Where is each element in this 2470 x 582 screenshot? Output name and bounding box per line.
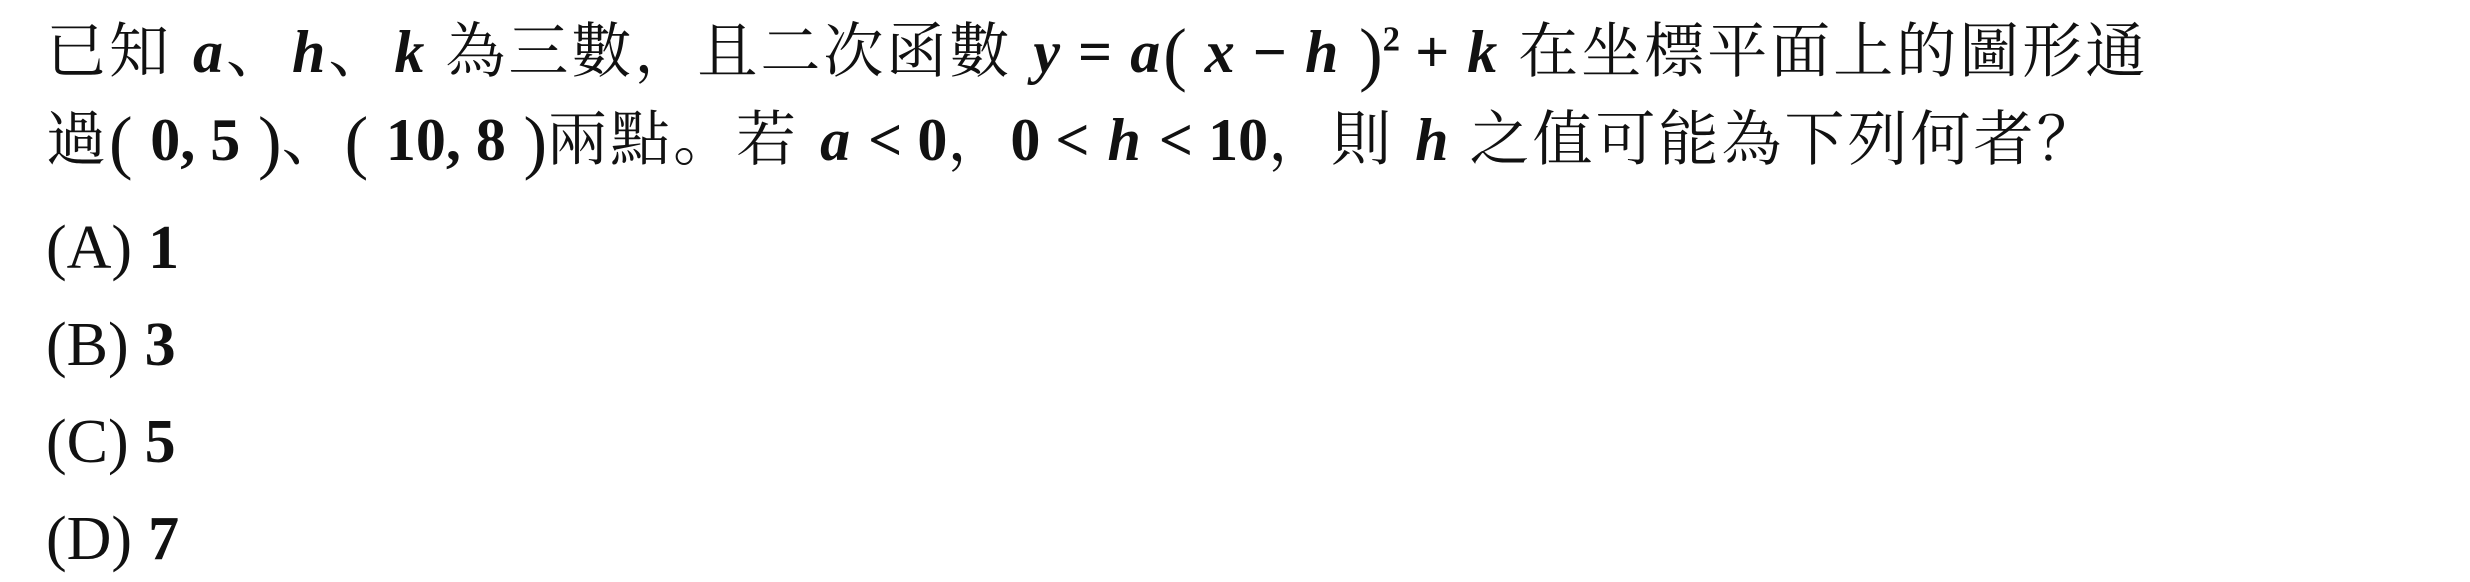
text-segment-mb: < [853, 107, 917, 173]
text-segment-cn: 兩點。若 [547, 107, 817, 173]
text-segment-paren: ) [1341, 16, 1382, 94]
option-b: (B) 3 [46, 297, 2430, 394]
text-segment-paren: ( [345, 104, 386, 182]
text-segment-mi: k [391, 19, 427, 85]
option-d-value: 7 [148, 504, 179, 575]
text-segment-cn: 、 [226, 19, 289, 85]
option-a-value: 1 [148, 213, 179, 284]
text-segment-num: 10, 8 [386, 107, 506, 173]
text-segment-mb: < [1144, 107, 1208, 173]
text-segment-sup: 2 [1383, 19, 1400, 58]
text-segment-cn: 過 [46, 107, 109, 173]
text-segment-num: 0, 5 [150, 107, 240, 173]
text-segment-paren: ( [109, 104, 150, 182]
options-list: (A) 1 (B) 3 (C) 5 (D) 7 [46, 200, 2430, 582]
text-segment-cn: 、 [328, 19, 391, 85]
text-segment-mi: x [1187, 19, 1253, 85]
text-segment-mb: − [1253, 19, 1302, 85]
text-segment-mi: h [1302, 19, 1341, 85]
text-segment-cn: 為三數，且二次函數 [427, 19, 1030, 85]
text-segment-cn: ，則 [1268, 107, 1412, 173]
option-c-label: (C) [46, 407, 129, 478]
question-line-1: 已知 a、h、k 為三數，且二次函數 y = a( x − h )2 + k 在… [46, 8, 2430, 96]
text-segment-paren: ) [506, 104, 547, 182]
text-segment-cn: 已知 [46, 19, 190, 85]
option-b-label: (B) [46, 310, 129, 381]
text-segment-num: 0 [1010, 107, 1040, 173]
text-segment-cn: 之值可能為下列何者？ [1451, 107, 2099, 173]
text-segment-mi: y [1030, 19, 1063, 85]
text-segment-mb: + [1400, 19, 1464, 85]
text-segment-cn: 、 [282, 107, 345, 173]
exam-question-page: 已知 a、h、k 為三數，且二次函數 y = a( x − h )2 + k 在… [0, 0, 2470, 582]
text-segment-mi: h [1105, 107, 1144, 173]
text-segment-mi: a [190, 19, 226, 85]
option-b-value: 3 [145, 310, 176, 381]
option-c: (C) 5 [46, 394, 2430, 491]
option-d: (D) 7 [46, 491, 2430, 582]
option-a-label: (A) [46, 213, 132, 284]
text-segment-paren: ( [1163, 16, 1187, 94]
text-segment-mi: k [1464, 19, 1500, 85]
text-segment-cn: 在坐標平面上的圖形通 [1500, 19, 2148, 85]
text-segment-num: 0 [917, 107, 947, 173]
text-segment-mb: = [1063, 19, 1127, 85]
text-segment-paren: ) [240, 104, 281, 182]
option-d-label: (D) [46, 504, 132, 575]
text-segment-cn: ， [947, 107, 1010, 173]
text-segment-mi: a [1127, 19, 1163, 85]
text-segment-mb: < [1040, 107, 1104, 173]
option-c-value: 5 [145, 407, 176, 478]
text-segment-mi: h [289, 19, 328, 85]
text-segment-num: 10 [1208, 107, 1268, 173]
option-a: (A) 1 [46, 200, 2430, 297]
question-line-2: 過( 0, 5 )、( 10, 8 )兩點。若 a < 0，0 < h < 10… [46, 96, 2430, 184]
text-segment-mi: h [1412, 107, 1451, 173]
text-segment-mi: a [817, 107, 853, 173]
